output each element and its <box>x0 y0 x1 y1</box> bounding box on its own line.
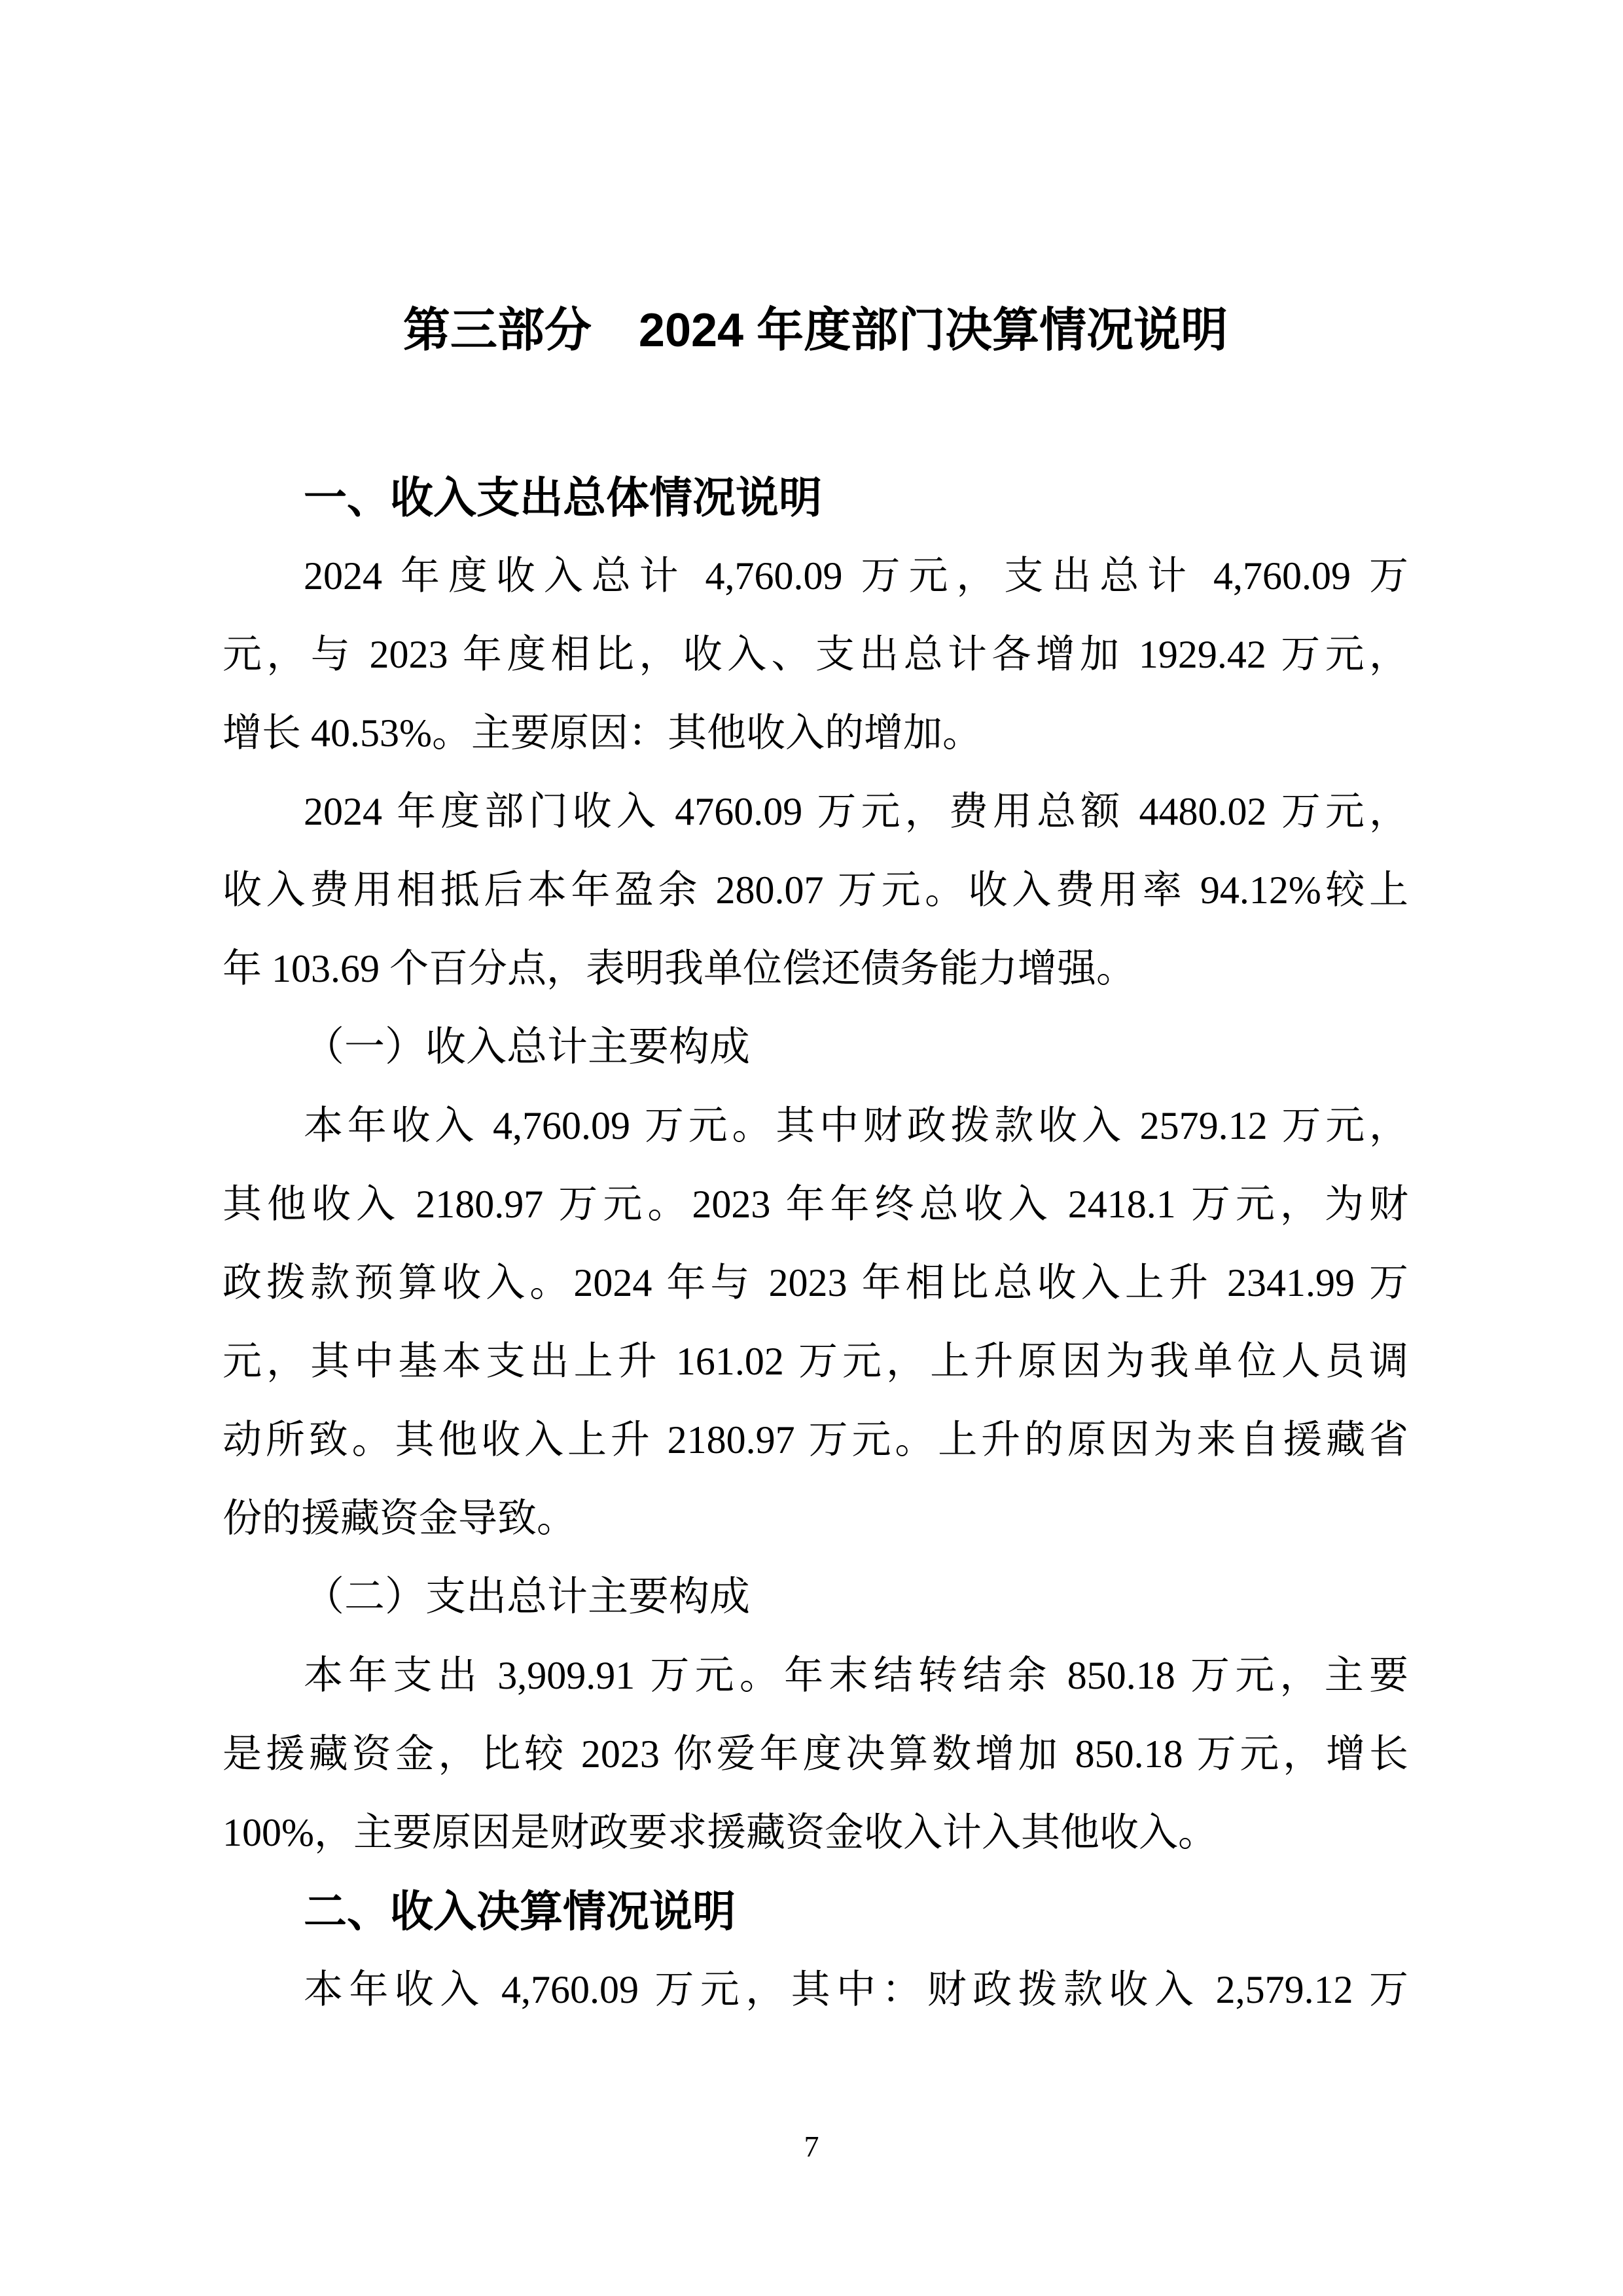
text-line: 其他收入 2180.97 万元。2023 年年终总收入 2418.1 万元，为财 <box>223 1165 1408 1244</box>
text-line: 年 103.69 个百分点，表明我单位偿还债务能力增强。 <box>223 929 1408 1008</box>
text-line: 本年支出 3,909.91 万元。年末结转结余 850.18 万元，主要 <box>223 1636 1408 1715</box>
document-page: 第三部分 2024 年度部门决算情况说明 一、收入支出总体情况说明 2024 年… <box>0 0 1623 2296</box>
sub-heading-1: （一）收入总计主要构成 <box>223 1008 1408 1086</box>
text-line: 是援藏资金，比较 2023 你爱年度决算数增加 850.18 万元，增长 <box>223 1715 1408 1793</box>
section-heading-1: 一、收入支出总体情况说明 <box>223 458 1408 537</box>
text-line: 动所致。其他收入上升 2180.97 万元。上升的原因为来自援藏省 <box>223 1401 1408 1479</box>
text-line: 2024 年度部门收入 4760.09 万元，费用总额 4480.02 万元， <box>223 772 1408 851</box>
sub-heading-2: （二）支出总计主要构成 <box>223 1558 1408 1636</box>
text-line: 增长 40.53%。主要原因：其他收入的增加。 <box>223 694 1408 772</box>
text-line: 元，与 2023 年度相比，收入、支出总计各增加 1929.42 万元， <box>223 615 1408 694</box>
text-line: 收入费用相抵后本年盈余 280.07 万元。收入费用率 94.12%较上 <box>223 851 1408 929</box>
text-line: 元，其中基本支出上升 161.02 万元，上升原因为我单位人员调 <box>223 1322 1408 1401</box>
text-block: 第三部分 2024 年度部门决算情况说明 一、收入支出总体情况说明 2024 年… <box>223 0 1408 2029</box>
text-line: 份的援藏资金导致。 <box>223 1479 1408 1558</box>
text-line: 本年收入 4,760.09 万元，其中：财政拨款收入 2,579.12 万 <box>223 1950 1408 2029</box>
page-number: 7 <box>0 2127 1623 2166</box>
section-heading-2: 二、收入决算情况说明 <box>223 1872 1408 1950</box>
text-line: 政拨款预算收入。2024 年与 2023 年相比总收入上升 2341.99 万 <box>223 1244 1408 1322</box>
document-title: 第三部分 2024 年度部门决算情况说明 <box>223 298 1408 363</box>
text-line: 本年收入 4,760.09 万元。其中财政拨款收入 2579.12 万元， <box>223 1086 1408 1165</box>
text-line: 2024 年度收入总计 4,760.09 万元，支出总计 4,760.09 万 <box>223 537 1408 615</box>
text-line: 100%，主要原因是财政要求援藏资金收入计入其他收入。 <box>223 1793 1408 1872</box>
